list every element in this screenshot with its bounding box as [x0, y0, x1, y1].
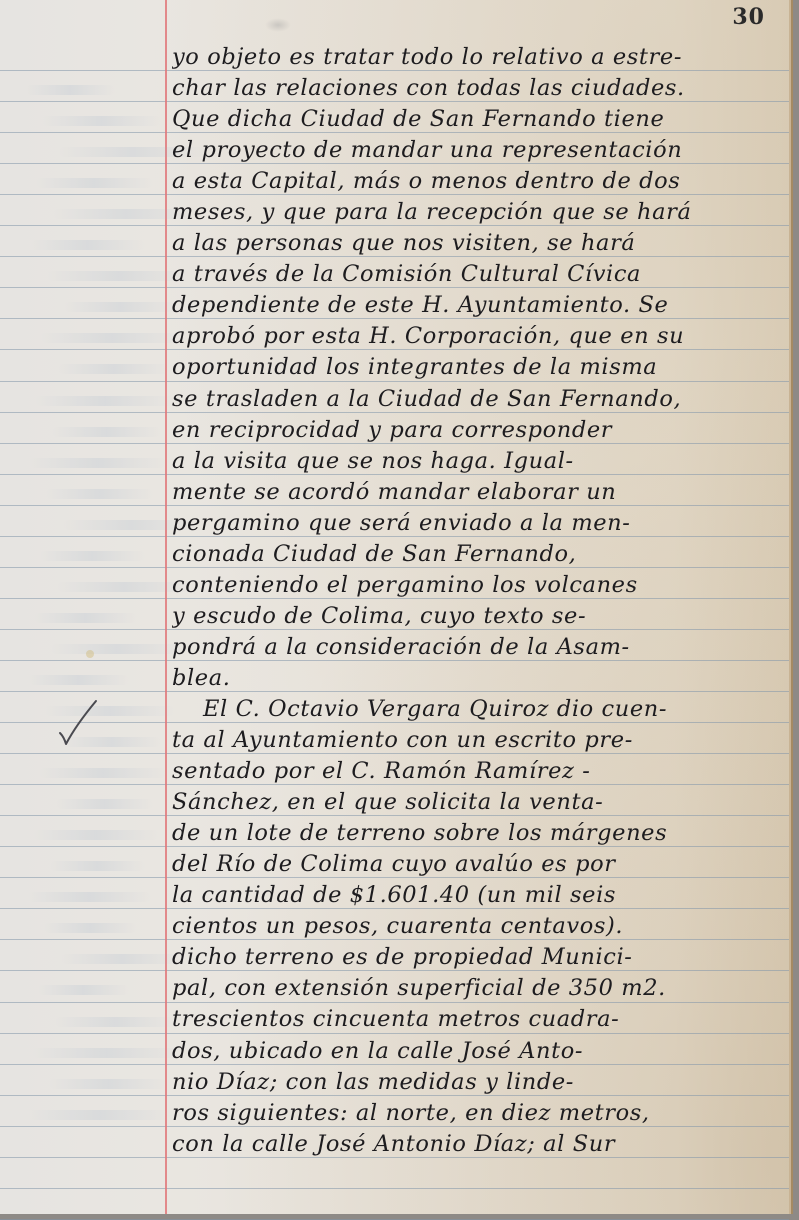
- bleed-through-stroke: [64, 302, 177, 312]
- checkmark-icon: [58, 697, 100, 749]
- text-line: sentado por el C. Ramón Ramírez -: [172, 756, 784, 787]
- bleed-through-stroke: [57, 582, 191, 592]
- text-line: a través de la Comisión Cultural Cívica: [172, 259, 784, 290]
- bleed-through-stroke: [36, 178, 153, 188]
- red-margin-rule: [165, 0, 167, 1214]
- text-line: meses, y que para la recepción que se ha…: [172, 197, 784, 228]
- bleed-through-stroke: [51, 644, 183, 654]
- bleed-through-stroke: [27, 892, 151, 902]
- bleed-through-stroke: [35, 396, 175, 406]
- text-line: el proyecto de mandar una representación: [172, 135, 784, 166]
- bleed-through-stroke: [40, 551, 145, 561]
- text-line: mente se acordó mandar elaborar un: [172, 477, 784, 508]
- text-line: cientos un pesos, cuarenta centavos).: [172, 911, 784, 942]
- bleed-through-stroke: [44, 923, 137, 933]
- bleed-through-stroke: [49, 1079, 167, 1089]
- bleed-through-stroke: [39, 768, 167, 778]
- text-line: Sánchez, en el que solicita la venta-: [172, 787, 784, 818]
- text-line: aprobó por esta H. Corporación, que en s…: [172, 321, 784, 352]
- text-line: ta al Ayuntamiento con un escrito pre-: [172, 725, 784, 756]
- text-line: a esta Capital, más o menos dentro de do…: [172, 166, 784, 197]
- text-line: en reciprocidad y para corresponder: [172, 415, 784, 446]
- text-line: dependiente de este H. Ayuntamiento. Se: [172, 290, 784, 321]
- text-line: trescientos cincuenta metros cuadra-: [172, 1004, 784, 1035]
- bleed-through-stroke: [52, 427, 161, 437]
- text-line: ros siguientes: al norte, en diez metros…: [172, 1098, 784, 1129]
- text-line: pergamino que será enviado a la men-: [172, 508, 784, 539]
- text-line: de un lote de terreno sobre los márgenes: [172, 818, 784, 849]
- paper-stain: [86, 650, 94, 658]
- text-line: con la calle José Antonio Díaz; al Sur: [172, 1129, 784, 1160]
- ruled-line: [0, 1188, 789, 1189]
- text-line: conteniendo el pergamino los volcanes: [172, 570, 784, 601]
- ink-smudge: [265, 18, 291, 32]
- text-line: El C. Octavio Vergara Quiroz dio cuen-: [172, 694, 784, 725]
- bleed-through-stroke: [33, 830, 159, 840]
- text-line: se trasladen a la Ciudad de San Fernando…: [172, 384, 784, 415]
- text-line: blea.: [172, 663, 784, 694]
- bleed-through-stroke: [47, 271, 191, 281]
- text-line: del Río de Colima cuyo avalúo es por: [172, 849, 784, 880]
- text-line: dicho terreno es de propiedad Munici-: [172, 942, 784, 973]
- ledger-page: 30 yo objeto es tratar todo lo relativo …: [0, 0, 793, 1214]
- text-line: pondrá a la consideración de la Asam-: [172, 632, 784, 663]
- text-line: char las relaciones con todas las ciudad…: [172, 73, 784, 104]
- text-line: yo objeto es tratar todo lo relativo a e…: [172, 42, 784, 73]
- bleed-through-stroke: [38, 985, 129, 995]
- bleed-through-stroke: [58, 364, 169, 374]
- page-number: 30: [732, 4, 765, 30]
- handwritten-text-body: yo objeto es tratar todo lo relativo a e…: [172, 42, 784, 1160]
- bleed-through-stroke: [26, 1110, 173, 1120]
- bleed-through-stroke: [50, 861, 145, 871]
- text-line: la cantidad de $1.601.40 (un mil seis: [172, 880, 784, 911]
- bleed-through-stroke: [34, 613, 137, 623]
- text-line: dos, ubicado en la calle José Anto-: [172, 1036, 784, 1067]
- text-line: pal, con extensión superficial de 350 m2…: [172, 973, 784, 1004]
- text-line: oportunidad los integrantes de la misma: [172, 352, 784, 383]
- bleed-through-stroke: [41, 333, 183, 343]
- bleed-through-stroke: [46, 489, 153, 499]
- bleed-through-stroke: [56, 799, 153, 809]
- bleed-through-stroke: [32, 1048, 181, 1058]
- bleed-through-stroke: [55, 1017, 175, 1027]
- text-line: a las personas que nos visiten, se hará: [172, 228, 784, 259]
- bleed-through-stroke: [28, 675, 129, 685]
- text-line: Que dicha Ciudad de San Fernando tiene: [172, 104, 784, 135]
- bleed-through-stroke: [25, 85, 115, 95]
- bleed-through-stroke: [29, 458, 167, 468]
- text-line: y escudo de Colima, cuyo texto se-: [172, 601, 784, 632]
- bleed-through-stroke: [42, 116, 161, 126]
- bleed-through-stroke: [30, 240, 145, 250]
- text-line: nio Díaz; con las medidas y linde-: [172, 1067, 784, 1098]
- text-line: a la visita que se nos haga. Igual-: [172, 446, 784, 477]
- bleed-through-stroke: [61, 954, 183, 964]
- text-line: cionada Ciudad de San Fernando,: [172, 539, 784, 570]
